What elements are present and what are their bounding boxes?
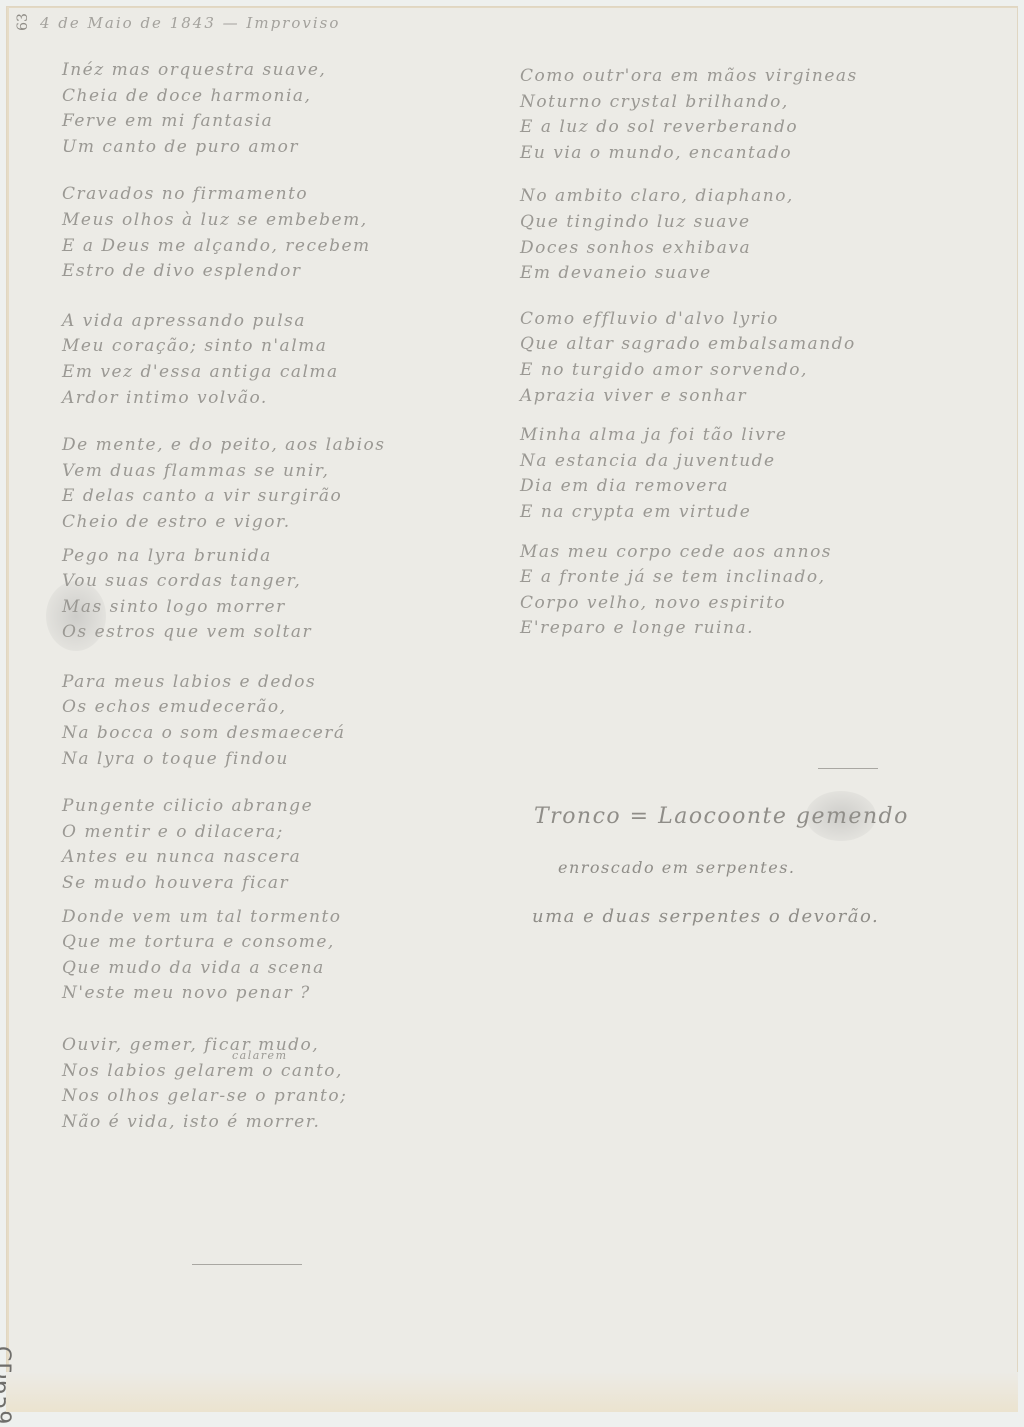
note-serpents: enroscado em serpentes. xyxy=(558,858,796,877)
verse-line: Que me tortura e consome, xyxy=(62,930,386,956)
stanza: Como effluvio d'alvo lyrio Que altar sag… xyxy=(520,307,858,409)
stanza: Mas meu corpo cede aos annos E a fronte … xyxy=(520,540,858,642)
verse-line: Cheio de estro e vigor. xyxy=(62,510,386,536)
verse-line: Donde vem um tal tormento xyxy=(62,905,386,931)
closing-rule xyxy=(192,1264,302,1265)
verse-line: Nos labios gelarem o canto, xyxy=(62,1059,386,1085)
verse-line: Que tingindo luz suave xyxy=(520,210,858,236)
verse-line: Meus olhos à luz se embebem, xyxy=(62,208,386,234)
verse-line: Um canto de puro amor xyxy=(62,135,386,161)
left-column: Inéz mas orquestra suave, Cheia de doce … xyxy=(62,58,386,1157)
verse-line: Doces sonhos exhibava xyxy=(520,236,858,262)
verse-line: A vida apressando pulsa xyxy=(62,309,386,335)
verse-line: Na bocca o som desmaecerá xyxy=(62,721,386,747)
verse-line: Corpo velho, novo espirito xyxy=(520,591,858,617)
verse-line: Pungente cilicio abrange xyxy=(62,794,386,820)
verse-line: Como effluvio d'alvo lyrio xyxy=(520,307,858,333)
verse-line: De mente, e do peito, aos labios xyxy=(62,433,386,459)
stanza: Para meus labios e dedos Os echos emudec… xyxy=(62,670,386,772)
verse-line: Se mudo houvera ficar xyxy=(62,871,386,897)
verse-line: Inéz mas orquestra suave, xyxy=(62,58,386,84)
verse-line: O mentir e o dilacera; xyxy=(62,820,386,846)
verse-line: Aprazia viver e sonhar xyxy=(520,384,858,410)
verse-line: Mas meu corpo cede aos annos xyxy=(520,540,858,566)
verse-line: No ambito claro, diaphano, xyxy=(520,184,858,210)
note-devour: uma e duas serpentes o devorão. xyxy=(532,906,879,927)
page-number: 63 xyxy=(15,13,31,31)
stanza: De mente, e do peito, aos labios Vem dua… xyxy=(62,433,386,535)
stanza: Pego na lyra brunida Vou suas cordas tan… xyxy=(62,544,386,646)
verse-line: Meu coração; sinto n'alma xyxy=(62,334,386,360)
verse-line: Estro de divo esplendor xyxy=(62,259,386,285)
verse-line: Não é vida, isto é morrer. xyxy=(62,1110,386,1136)
verse-line: Como outr'ora em mãos virgineas xyxy=(520,64,858,90)
verse-line: E a fronte já se tem inclinado, xyxy=(520,565,858,591)
manuscript-page: 63 4 de Maio de 1843 — Improviso Inéz ma… xyxy=(6,6,1018,1412)
stanza: Cravados no firmamento Meus olhos à luz … xyxy=(62,182,386,284)
verse-line: Vem duas flammas se unir, xyxy=(62,459,386,485)
verse-line: Na lyra o toque findou xyxy=(62,747,386,773)
verse-line: Que altar sagrado embalsamando xyxy=(520,332,858,358)
verse-line: Os estros que vem soltar xyxy=(62,620,386,646)
verse-line: Antes eu nunca nascera xyxy=(62,845,386,871)
verse-line: Pego na lyra brunida xyxy=(62,544,386,570)
stanza: Ouvir, gemer, ficar mudo, Nos labios gel… xyxy=(62,1033,386,1135)
stanza: Pungente cilicio abrange O mentir e o di… xyxy=(62,794,386,896)
verse-line: E na crypta em virtude xyxy=(520,500,858,526)
note-laocoon: Tronco = Laocoonte gemendo xyxy=(534,804,909,829)
verse-line: Mas sinto logo morrer xyxy=(62,595,386,621)
interlinear-correction: calarem xyxy=(232,1049,288,1062)
verse-line: E no turgido amor sorvendo, xyxy=(520,358,858,384)
verse-line: Cheia de doce harmonia, xyxy=(62,84,386,110)
stanza: Donde vem um tal tormento Que me tortura… xyxy=(62,905,386,1007)
verse-line: N'este meu novo penar ? xyxy=(62,981,386,1007)
verse-line: E a luz do sol reverberando xyxy=(520,115,858,141)
date-heading: 4 de Maio de 1843 — Improviso xyxy=(40,14,340,32)
stanza: Inéz mas orquestra suave, Cheia de doce … xyxy=(62,58,386,160)
verse-line: E delas canto a vir surgirão xyxy=(62,484,386,510)
verse-line: Para meus labios e dedos xyxy=(62,670,386,696)
verse-line: Na estancia da juventude xyxy=(520,449,858,475)
verse-line: Eu via o mundo, encantado xyxy=(520,141,858,167)
right-column: Como outr'ora em mãos virgineas Noturno … xyxy=(520,64,858,664)
stanza: A vida apressando pulsa Meu coração; sin… xyxy=(62,309,386,411)
verse-line: Em vez d'essa antiga calma xyxy=(62,360,386,386)
verse-line: Minha alma ja foi tão livre xyxy=(520,423,858,449)
verse-line: Nos olhos gelar-se o pranto; xyxy=(62,1084,386,1110)
verse-line: Cravados no firmamento xyxy=(62,182,386,208)
verse-line: Ardor intimo volvão. xyxy=(62,386,386,412)
verse-line: Ouvir, gemer, ficar mudo, xyxy=(62,1033,386,1059)
section-rule xyxy=(818,768,878,769)
stanza: Minha alma ja foi tão livre Na estancia … xyxy=(520,423,858,525)
verse-line: Os echos emudecerão, xyxy=(62,695,386,721)
verse-line: Vou suas cordas tanger, xyxy=(62,569,386,595)
verse-line: Em devaneio suave xyxy=(520,261,858,287)
verse-line: Ferve em mi fantasia xyxy=(62,109,386,135)
accession-number: CD659 xyxy=(0,1346,14,1425)
verse-line: Dia em dia removera xyxy=(520,474,858,500)
verse-line: Noturno crystal brilhando, xyxy=(520,90,858,116)
verse-line: E'reparo e longe ruina. xyxy=(520,616,858,642)
stanza: Como outr'ora em mãos virgineas Noturno … xyxy=(520,64,858,166)
verse-line: Que mudo da vida a scena xyxy=(62,956,386,982)
verse-line: E a Deus me alçando, recebem xyxy=(62,234,386,260)
stanza: No ambito claro, diaphano, Que tingindo … xyxy=(520,184,858,286)
